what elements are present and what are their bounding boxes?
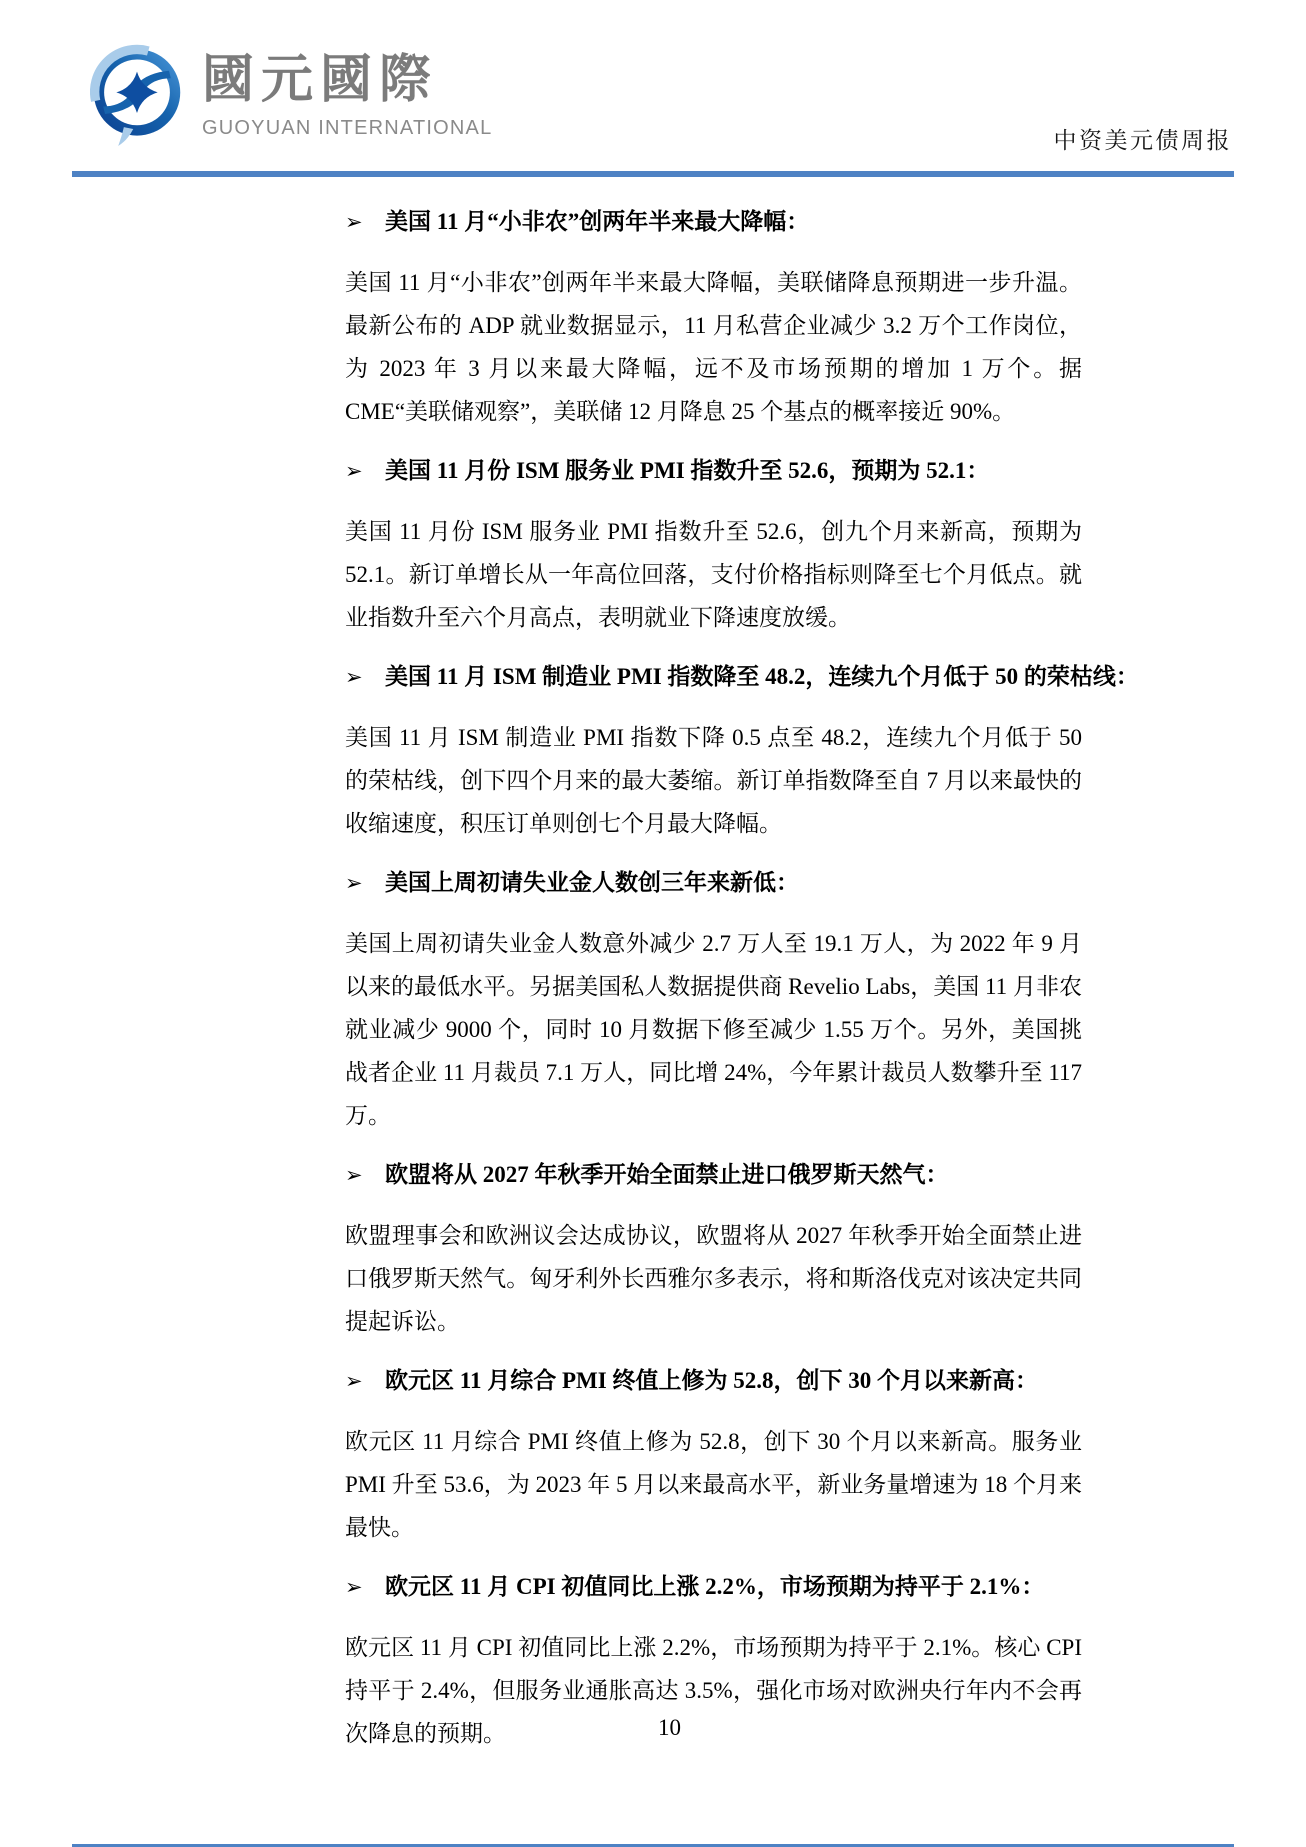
company-logo: 國元國際 GUOYUAN INTERNATIONAL	[90, 42, 492, 154]
section-paragraph: 欧元区 11 月综合 PMI 终值上修为 52.8，创下 30 个月以来新高。服…	[345, 1420, 1082, 1549]
logo-text: 國元國際 GUOYUAN INTERNATIONAL	[202, 42, 492, 140]
news-section: ➢欧盟将从 2027 年秋季开始全面禁止进口俄罗斯天然气：欧盟理事会和欧洲议会达…	[345, 1153, 1082, 1343]
bullet-arrow-icon: ➢	[345, 1566, 385, 1609]
section-heading: ➢美国上周初请失业金人数创三年来新低：	[345, 861, 1082, 905]
news-section: ➢美国 11 月份 ISM 服务业 PMI 指数升至 52.6，预期为 52.1…	[345, 449, 1082, 639]
section-heading-text: 美国 11 月 ISM 制造业 PMI 指数降至 48.2，连续九个月低于 50…	[385, 664, 1139, 689]
bullet-arrow-icon: ➢	[345, 450, 385, 493]
logo-name-chinese: 國元國際	[202, 50, 492, 110]
bullet-arrow-icon: ➢	[345, 1360, 385, 1403]
section-heading: ➢美国 11 月 ISM 制造业 PMI 指数降至 48.2，连续九个月低于 5…	[345, 655, 1082, 699]
report-page: 國元國際 GUOYUAN INTERNATIONAL 中资美元债周报 ➢美国 1…	[0, 0, 1306, 1847]
section-heading: ➢欧元区 11 月综合 PMI 终值上修为 52.8，创下 30 个月以来新高：	[345, 1359, 1082, 1403]
section-heading-text: 欧元区 11 月综合 PMI 终值上修为 52.8，创下 30 个月以来新高：	[385, 1368, 1038, 1393]
logo-name-english: GUOYUAN INTERNATIONAL	[202, 116, 492, 140]
bullet-arrow-icon: ➢	[345, 201, 385, 244]
page-number: 10	[658, 1706, 681, 1749]
section-heading: ➢欧盟将从 2027 年秋季开始全面禁止进口俄罗斯天然气：	[345, 1153, 1082, 1197]
section-heading-text: 欧元区 11 月 CPI 初值同比上涨 2.2%，市场预期为持平于 2.1%：	[385, 1574, 1044, 1599]
news-section: ➢美国 11 月 ISM 制造业 PMI 指数降至 48.2，连续九个月低于 5…	[345, 655, 1082, 845]
section-heading: ➢欧元区 11 月 CPI 初值同比上涨 2.2%，市场预期为持平于 2.1%：	[345, 1565, 1082, 1609]
section-paragraph: 美国 11 月 ISM 制造业 PMI 指数下降 0.5 点至 48.2，连续九…	[345, 716, 1082, 845]
section-paragraph: 美国 11 月“小非农”创两年半来最大降幅，美联储降息预期进一步升温。最新公布的…	[345, 261, 1082, 433]
guoyuan-circle-logo-icon	[90, 42, 184, 154]
bullet-arrow-icon: ➢	[345, 656, 385, 699]
report-title: 中资美元债周报	[1054, 126, 1233, 156]
news-section: ➢美国上周初请失业金人数创三年来新低：美国上周初请失业金人数意外减少 2.7 万…	[345, 861, 1082, 1137]
section-heading-text: 美国 11 月份 ISM 服务业 PMI 指数升至 52.6，预期为 52.1：	[385, 458, 989, 483]
section-paragraph: 欧盟理事会和欧洲议会达成协议，欧盟将从 2027 年秋季开始全面禁止进口俄罗斯天…	[345, 1214, 1082, 1343]
section-paragraph: 美国上周初请失业金人数意外减少 2.7 万人至 19.1 万人，为 2022 年…	[345, 922, 1082, 1137]
sections: ➢美国 11 月“小非农”创两年半来最大降幅：美国 11 月“小非农”创两年半来…	[345, 177, 1082, 1755]
section-paragraph: 美国 11 月份 ISM 服务业 PMI 指数升至 52.6，创九个月来新高，预…	[345, 510, 1082, 639]
news-section: ➢欧元区 11 月 CPI 初值同比上涨 2.2%，市场预期为持平于 2.1%：…	[345, 1565, 1082, 1755]
bullet-arrow-icon: ➢	[345, 862, 385, 905]
section-heading-text: 欧盟将从 2027 年秋季开始全面禁止进口俄罗斯天然气：	[385, 1162, 949, 1187]
news-section: ➢美国 11 月“小非农”创两年半来最大降幅：美国 11 月“小非农”创两年半来…	[345, 200, 1082, 433]
bullet-arrow-icon: ➢	[345, 1154, 385, 1197]
section-paragraph: 欧元区 11 月 CPI 初值同比上涨 2.2%，市场预期为持平于 2.1%。核…	[345, 1626, 1082, 1755]
news-section: ➢欧元区 11 月综合 PMI 终值上修为 52.8，创下 30 个月以来新高：…	[345, 1359, 1082, 1549]
section-heading-text: 美国 11 月“小非农”创两年半来最大降幅：	[385, 209, 809, 234]
section-heading: ➢美国 11 月“小非农”创两年半来最大降幅：	[345, 200, 1082, 244]
section-heading: ➢美国 11 月份 ISM 服务业 PMI 指数升至 52.6，预期为 52.1…	[345, 449, 1082, 493]
section-heading-text: 美国上周初请失业金人数创三年来新低：	[385, 870, 799, 895]
